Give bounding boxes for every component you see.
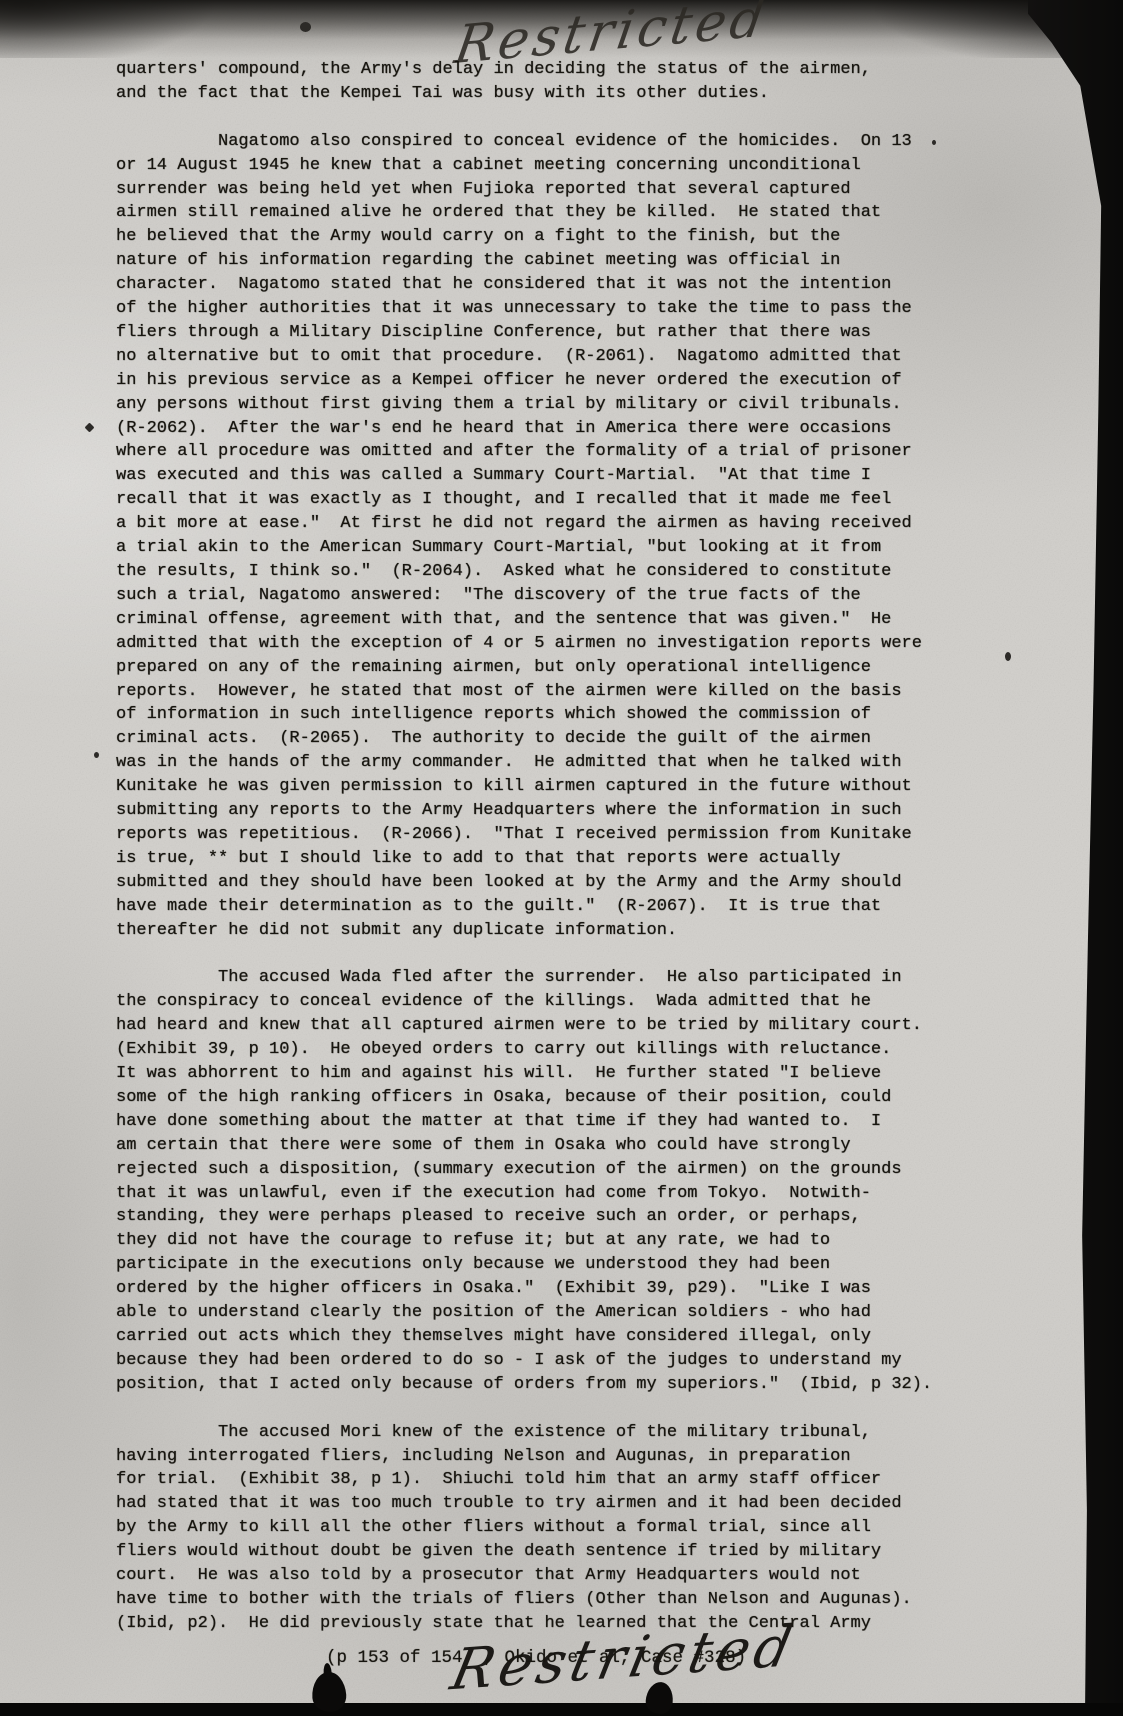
ink-speck (1005, 652, 1011, 661)
page-footer-citation: (p 153 of 154 , Okido et al, Case #328) (326, 1648, 746, 1668)
scan-black-edge-right (1028, 0, 1123, 1716)
paragraph-mori: The accused Mori knew of the existence o… (116, 1421, 956, 1636)
ink-speck (94, 752, 99, 758)
scanned-document-page: Restricted Restricted quarters' compound… (0, 0, 1123, 1716)
paragraph-wada: The accused Wada fled after the surrende… (116, 966, 956, 1396)
paragraph-quarters-compound: quarters' compound, the Army's delay in … (116, 58, 956, 106)
ink-speck (85, 423, 95, 433)
scan-black-edge-bottom (0, 1703, 1123, 1716)
ink-speck (300, 22, 311, 32)
paragraph-nagatomo: Nagatomo also conspired to conceal evide… (116, 130, 956, 943)
document-body: quarters' compound, the Army's delay in … (116, 58, 956, 1660)
scan-shade-top-edge (0, 0, 1123, 58)
ink-blot (311, 1671, 348, 1713)
